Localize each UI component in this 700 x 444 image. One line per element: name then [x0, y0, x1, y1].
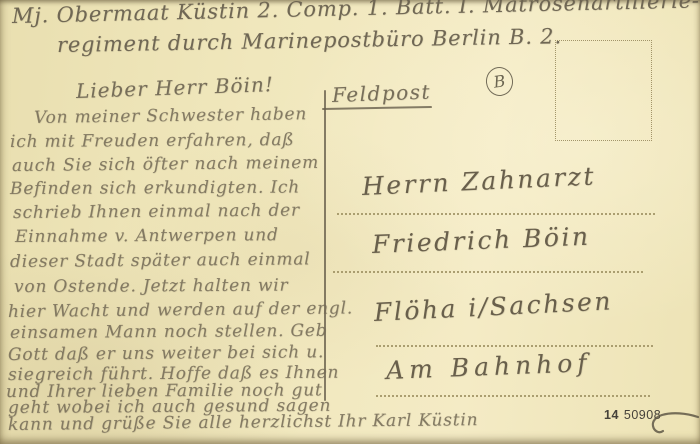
message-line: ich mit Freuden erfahren, daß — [10, 130, 295, 152]
center-divider-line — [324, 90, 326, 401]
message-signature-line: kann und grüße Sie alle herzlichst Ihr K… — [8, 410, 479, 435]
address-line-street: Am Bahnhof — [385, 348, 592, 385]
address-line-recipient-title: Herrn Zahnarzt — [361, 161, 596, 201]
message-line: Gott daß er uns weiter bei sich u. — [8, 342, 324, 365]
routing-line-1: Mj. Obermaat Küstin 2. Comp. 1. Batt. I.… — [12, 0, 700, 28]
message-line: schrieb Ihnen einmal nach der — [13, 200, 300, 223]
postcard-back: Mj. Obermaat Küstin 2. Comp. 1. Batt. I.… — [0, 0, 700, 444]
censor-stamp-letter: B — [492, 71, 506, 91]
address-line-city: Flöha i/Sachsen — [373, 286, 613, 327]
address-dotted-line-3 — [376, 345, 653, 347]
feldpost-label: Feldpost — [332, 80, 432, 107]
stamp-box — [555, 40, 652, 141]
message-line: von Ostende. Jetzt halten wir — [14, 276, 289, 297]
message-line: hier Wacht und werden auf der engl. — [8, 298, 353, 322]
catalog-number-prefix: 14 — [604, 408, 619, 422]
censor-stamp-circle: B — [484, 65, 515, 97]
greeting-line: Lieber Herr Böin! — [76, 72, 275, 103]
message-line: dieser Stadt später auch einmal — [10, 249, 311, 272]
address-dotted-line-1 — [337, 213, 655, 215]
address-dotted-line-2 — [333, 271, 643, 273]
message-line: Von meiner Schwester haben — [34, 104, 307, 128]
address-line-recipient-name: Friedrich Böin — [371, 222, 591, 259]
message-line: einsamen Mann noch stellen. Geb — [10, 321, 328, 343]
message-line: auch Sie sich öfter nach meinem — [12, 153, 319, 176]
address-dotted-line-4 — [376, 395, 650, 397]
routing-line-2: regiment durch Marinepostbüro Berlin B. … — [57, 24, 562, 57]
handwritten-mark-icon — [648, 404, 700, 440]
message-line: Einnahme v. Antwerpen und — [15, 225, 279, 247]
message-line: Befinden sich erkundigten. Ich — [10, 177, 300, 199]
